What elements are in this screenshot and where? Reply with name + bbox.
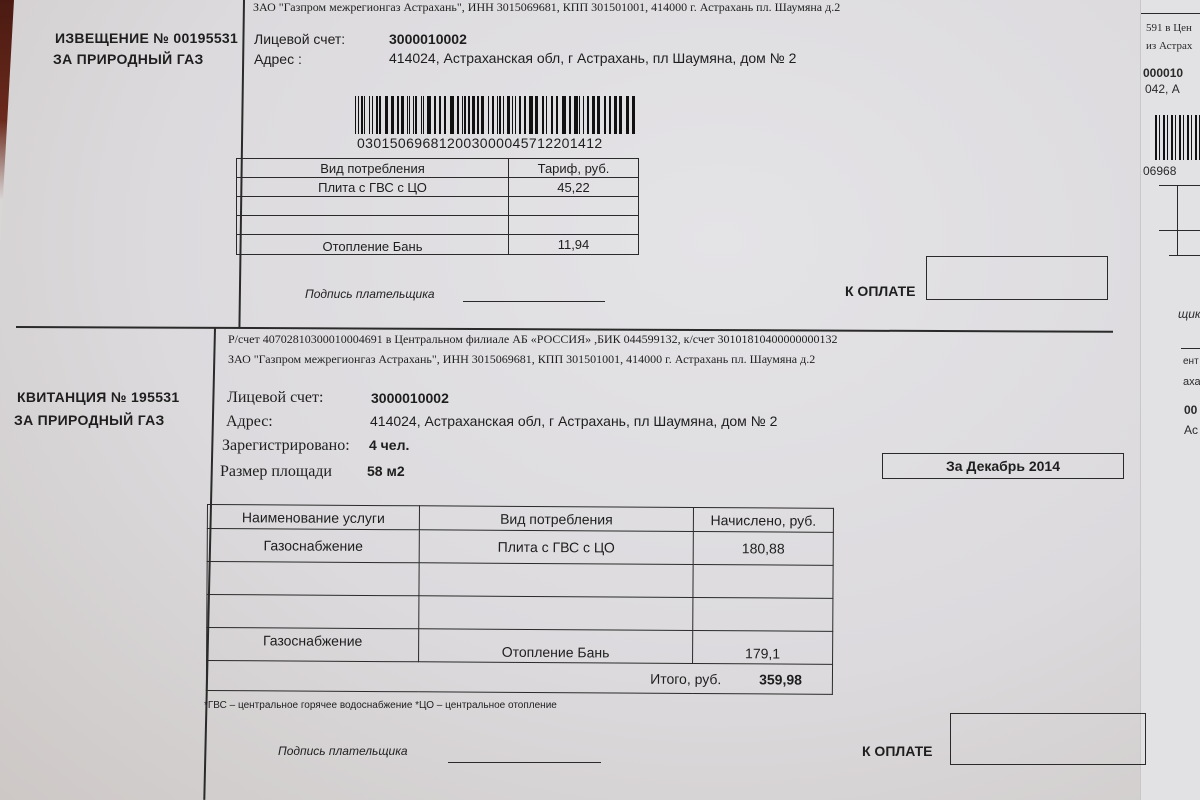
table-header: Вид потребления: [237, 159, 509, 178]
table-header: Наименование услуги: [207, 505, 419, 530]
fragment-text: щика: [1178, 307, 1200, 321]
total-label: Итого, руб.: [650, 670, 721, 686]
table-cell: 11,94: [509, 235, 639, 255]
receipt-area-value: 58 м2: [367, 463, 405, 479]
table-row: Плита с ГВС с ЦО 45,22: [237, 178, 639, 197]
receipt-signature-line[interactable]: [448, 762, 601, 763]
table-header: Вид потребления: [419, 506, 693, 532]
fragment-text: 00: [1184, 403, 1197, 417]
table-cell: [693, 564, 833, 598]
fragment-text: Ас: [1184, 423, 1198, 437]
charges-table: Наименование услуги Вид потребления Начи…: [206, 504, 834, 695]
table-cell: [509, 197, 639, 216]
table-row: [237, 216, 639, 235]
receipt-registered-label: Зарегистрировано:: [222, 437, 350, 455]
barcode-number: 030150696812003000045712201412: [357, 135, 603, 151]
billing-period: За Декабрь 2014: [882, 453, 1124, 479]
barcode-fragment: [1155, 115, 1200, 160]
table-cell: [419, 563, 693, 598]
notice-account-label: Лицевой счет:: [254, 31, 345, 47]
table-row: Газоснабжение Отопление Бань 179,1: [207, 628, 833, 665]
table-cell: Газоснабжение: [207, 529, 419, 563]
receipt-area-label: Размер площади: [220, 463, 332, 481]
footnote: *ГВС – центральное горячее водоснабжение…: [204, 700, 557, 711]
fragment-text: 591 в Цен: [1146, 22, 1192, 34]
receipt-account-label: Лицевой счет:: [227, 389, 323, 407]
notice-to-pay-label: К ОПЛАТЕ: [845, 283, 916, 299]
table-header-row: Вид потребления Тариф, руб.: [237, 159, 639, 178]
barcode: [355, 96, 638, 134]
table-cell: [207, 562, 419, 596]
receipt-address-value: 414024, Астраханская обл, г Астрахань, п…: [370, 413, 777, 429]
table-total-row: Итого, руб. 359,98: [206, 661, 832, 695]
table-row: Отопление Бань 11,94: [237, 235, 639, 255]
receipt-company-line: ЗАО "Газпром межрегионгаз Астрахань", ИН…: [228, 352, 815, 367]
receipt-bank-line: Р/счет 40702810300010004691 в Центрально…: [228, 332, 838, 347]
receipt-registered-value: 4 чел.: [369, 437, 409, 453]
notice-title: ИЗВЕЩЕНИЕ № 00195531: [55, 30, 238, 46]
table-cell: [693, 597, 833, 631]
table-cell: [237, 197, 509, 216]
receipt-to-pay-label: К ОПЛАТЕ: [862, 743, 933, 759]
fragment-text: 042, А: [1145, 82, 1180, 96]
table-cell: Отопление Бань: [237, 235, 509, 255]
notice-account-value: 3000010002: [389, 31, 467, 47]
table-cell: 179,1: [693, 630, 833, 664]
table-cell: 45,22: [509, 178, 639, 197]
table-row: [207, 595, 833, 632]
table-cell: [509, 216, 639, 235]
table-cell: Плита с ГВС с ЦО: [419, 530, 693, 565]
notice-signature-line[interactable]: [463, 301, 605, 302]
tariff-table: Вид потребления Тариф, руб. Плита с ГВС …: [236, 158, 639, 255]
table-row: [237, 197, 639, 216]
notice-address-value: 414024, Астраханская обл, г Астрахань, п…: [389, 50, 796, 66]
table-cell: 180,88: [693, 531, 833, 565]
table-total-cell: Итого, руб. 359,98: [206, 661, 832, 695]
table-cell: Отопление Бань: [419, 629, 693, 664]
second-sheet-edge: 591 в Цен из Астрах 000010 042, А 06968 …: [1140, 0, 1200, 800]
notice-address-label: Адрес :: [254, 51, 302, 67]
fragment-text: из Астрах: [1146, 40, 1192, 52]
table-cell: [419, 596, 693, 631]
receipt-subtitle: ЗА ПРИРОДНЫЙ ГАЗ: [14, 412, 165, 428]
total-value: 359,98: [759, 671, 802, 687]
fragment-text: аха: [1183, 376, 1200, 388]
fragment-text: 000010: [1143, 66, 1183, 80]
table-cell: [237, 216, 509, 235]
table-cell: Газоснабжение: [207, 628, 419, 662]
notice-company-line: ЗАО "Газпром межрегионгаз Астрахань", ИН…: [253, 0, 840, 15]
table-cell: Плита с ГВС с ЦО: [237, 178, 509, 197]
table-row: Газоснабжение Плита с ГВС с ЦО 180,88: [207, 529, 833, 566]
fragment-text: 06968: [1143, 164, 1176, 178]
receipt-to-pay-box[interactable]: [950, 713, 1146, 765]
receipt-account-value: 3000010002: [371, 390, 449, 406]
receipt-title: КВИТАНЦИЯ № 195531: [17, 389, 179, 405]
table-header: Начислено, руб.: [693, 507, 833, 532]
notice-to-pay-box[interactable]: [926, 256, 1108, 300]
table-row: [207, 562, 833, 599]
fragment-text: ент: [1183, 356, 1199, 367]
table-cell: [207, 595, 419, 629]
notice-subtitle: ЗА ПРИРОДНЫЙ ГАЗ: [53, 51, 204, 67]
receipt-address-label: Адрес:: [226, 413, 273, 431]
table-header: Тариф, руб.: [509, 159, 639, 178]
notice-signature-label: Подпись плательщика: [305, 287, 435, 301]
receipt-signature-label: Подпись плательщика: [278, 744, 408, 758]
